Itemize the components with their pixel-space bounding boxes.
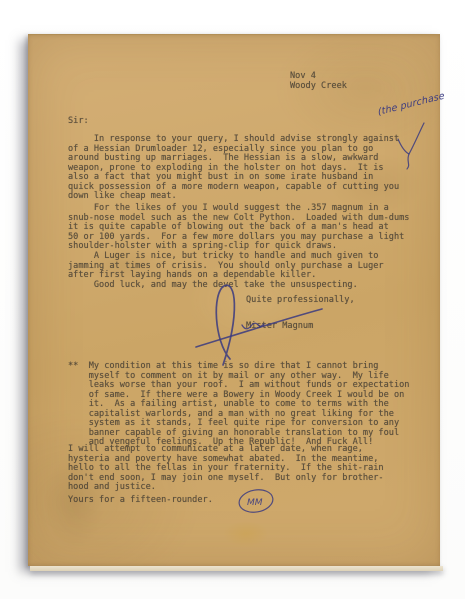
date-line: Nov 4 Woody Creek [290,72,347,91]
postscript-paragraph: ** My condition at this time is so dire … [68,362,409,448]
signature-squiggle [242,323,264,329]
signature-loop [216,285,234,365]
insertion-caret-icon [390,121,440,177]
followup-paragraph: I will attempt to communicate at a later… [68,445,384,493]
signature-flourish-icon [190,279,350,369]
letter-page: Nov 4 Woody Creek Sir: In response to yo… [28,34,440,566]
salutation: Sir: [68,117,89,127]
caret-tail [407,154,409,169]
initials-text: MM [247,498,263,508]
letter-paragraph-1: In response to your query, I should advi… [68,135,399,202]
circled-initials-icon: MM [234,487,280,519]
caret-right-arm [409,123,424,154]
signoff-line: Yours for a fifteen-rounder. [68,496,213,506]
signature-cross-stroke [196,309,322,347]
insertion-text: (the purchase [377,90,445,118]
handwritten-insertion: (the purchase [376,97,451,187]
letter-paragraph-2: For the likes of you I would suggest the… [68,204,409,252]
caret-left-arm [398,139,409,154]
scan-background: Nov 4 Woody Creek Sir: In response to yo… [0,0,465,599]
letter-paragraph-3: A Luger is nice, but tricky to handle an… [68,252,384,281]
paper-stain [223,521,269,547]
